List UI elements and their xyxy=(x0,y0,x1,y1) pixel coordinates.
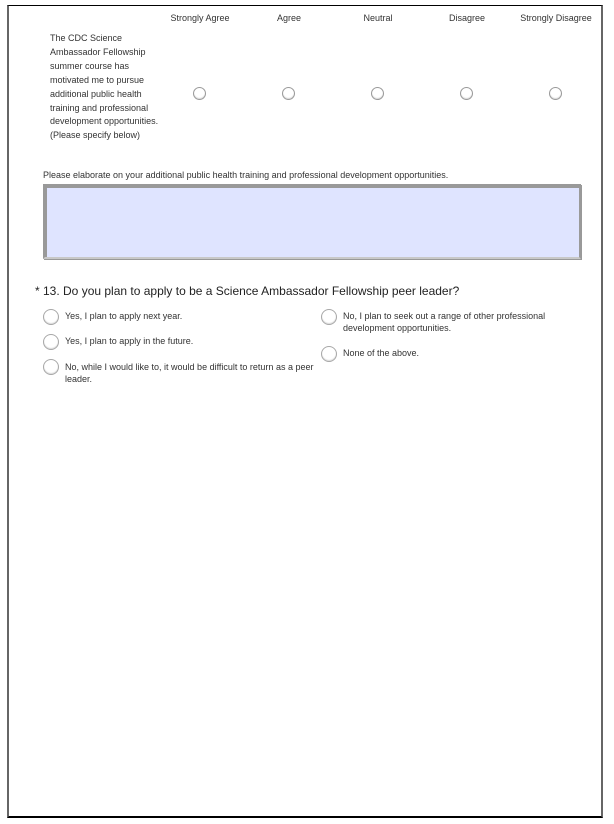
elaborate-textarea-container xyxy=(43,184,581,259)
question-13-title: * 13. Do you plan to apply to be a Scien… xyxy=(35,284,459,298)
column-header-disagree: Disagree xyxy=(442,13,492,23)
column-header-agree: Agree xyxy=(264,13,314,23)
elaborate-textarea[interactable] xyxy=(45,186,583,261)
option-apply-future-label[interactable]: Yes, I plan to apply in the future. xyxy=(65,335,193,347)
option-apply-next-year-label[interactable]: Yes, I plan to apply next year. xyxy=(65,310,182,322)
column-header-strongly-agree: Strongly Agree xyxy=(165,13,235,23)
radio-option-apply-next-year[interactable] xyxy=(43,309,59,325)
radio-strongly-disagree[interactable] xyxy=(549,87,562,100)
radio-option-difficult-return[interactable] xyxy=(43,359,59,375)
option-difficult-return-label[interactable]: No, while I would like to, it would be d… xyxy=(65,361,315,385)
option-other-opportunities-label[interactable]: No, I plan to seek out a range of other … xyxy=(343,310,573,334)
option-none-label[interactable]: None of the above. xyxy=(343,347,419,359)
radio-option-other-opportunities[interactable] xyxy=(321,309,337,325)
column-header-neutral: Neutral xyxy=(353,13,403,23)
matrix-statement: The CDC Science Ambassador Fellowship su… xyxy=(50,32,162,143)
elaborate-label: Please elaborate on your additional publ… xyxy=(43,170,448,180)
radio-neutral[interactable] xyxy=(371,87,384,100)
radio-strongly-agree[interactable] xyxy=(193,87,206,100)
radio-option-apply-future[interactable] xyxy=(43,334,59,350)
radio-option-none[interactable] xyxy=(321,346,337,362)
column-header-strongly-disagree: Strongly Disagree xyxy=(512,13,600,23)
radio-agree[interactable] xyxy=(282,87,295,100)
radio-disagree[interactable] xyxy=(460,87,473,100)
